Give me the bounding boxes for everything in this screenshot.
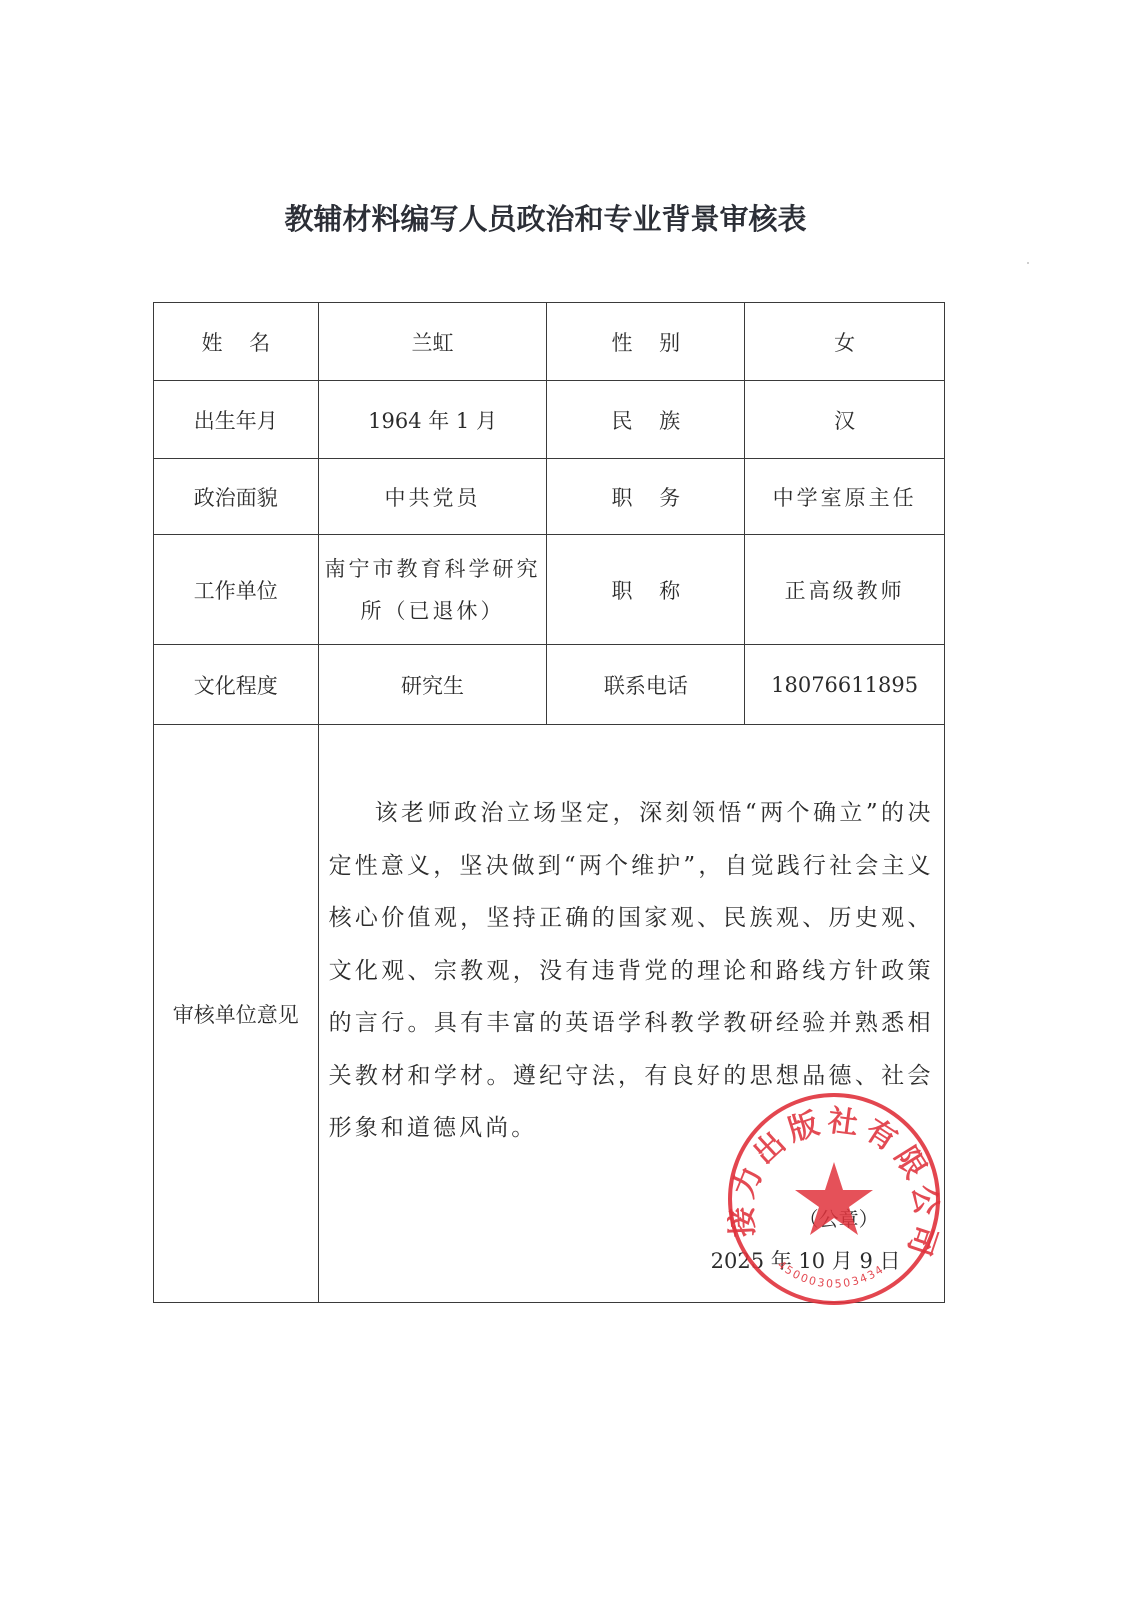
label-gender: 性 别 — [547, 303, 745, 381]
seal-note: （公章） — [799, 1203, 879, 1232]
label-title: 职 称 — [547, 535, 745, 645]
scan-speck — [1027, 262, 1029, 264]
table-row: 政治面貌 中共党员 职 务 中学室原主任 — [154, 459, 945, 535]
label-review-opinion: 审核单位意见 — [154, 725, 319, 1303]
value-position: 中学室原主任 — [745, 459, 945, 535]
value-education: 研究生 — [318, 645, 547, 725]
label-name: 姓 名 — [154, 303, 319, 381]
table-row: 姓 名 兰虹 性 别 女 — [154, 303, 945, 381]
label-education: 文化程度 — [154, 645, 319, 725]
review-opinion-text: 该老师政治立场坚定，深刻领悟“两个确立”的决定性意义，坚决做到“两个维护”，自觉… — [329, 787, 934, 1155]
value-name: 兰虹 — [318, 303, 547, 381]
label-position: 职 务 — [547, 459, 745, 535]
table-row: 审核单位意见 该老师政治立场坚定，深刻领悟“两个确立”的决定性意义，坚决做到“两… — [154, 725, 945, 1303]
review-date: 2025 年 10 月 9 日 — [711, 1245, 901, 1275]
value-phone: 18076611895 — [745, 645, 945, 725]
table-row: 文化程度 研究生 联系电话 18076611895 — [154, 645, 945, 725]
value-political-status: 中共党员 — [318, 459, 547, 535]
label-employer: 工作单位 — [154, 535, 319, 645]
value-employer-line1: 南宁市教育科学研究 — [319, 548, 547, 590]
review-form-table: 姓 名 兰虹 性 别 女 出生年月 1964 年 1 月 民 族 汉 政治面貌 … — [153, 302, 945, 1303]
review-opinion-cell: 该老师政治立场坚定，深刻领悟“两个确立”的决定性意义，坚决做到“两个维护”，自觉… — [318, 725, 944, 1303]
label-phone: 联系电话 — [547, 645, 745, 725]
value-title: 正高级教师 — [745, 535, 945, 645]
label-ethnicity: 民 族 — [547, 381, 745, 459]
value-ethnicity: 汉 — [745, 381, 945, 459]
document-title: 教辅材料编写人员政治和专业背景审核表 — [0, 197, 1111, 238]
label-birth: 出生年月 — [154, 381, 319, 459]
value-employer: 南宁市教育科学研究 所（已退休） — [318, 535, 547, 645]
value-gender: 女 — [745, 303, 945, 381]
table-row: 出生年月 1964 年 1 月 民 族 汉 — [154, 381, 945, 459]
table-row: 工作单位 南宁市教育科学研究 所（已退休） 职 称 正高级教师 — [154, 535, 945, 645]
value-birth: 1964 年 1 月 — [318, 381, 547, 459]
value-employer-line2: 所（已退休） — [319, 590, 547, 632]
label-political-status: 政治面貌 — [154, 459, 319, 535]
